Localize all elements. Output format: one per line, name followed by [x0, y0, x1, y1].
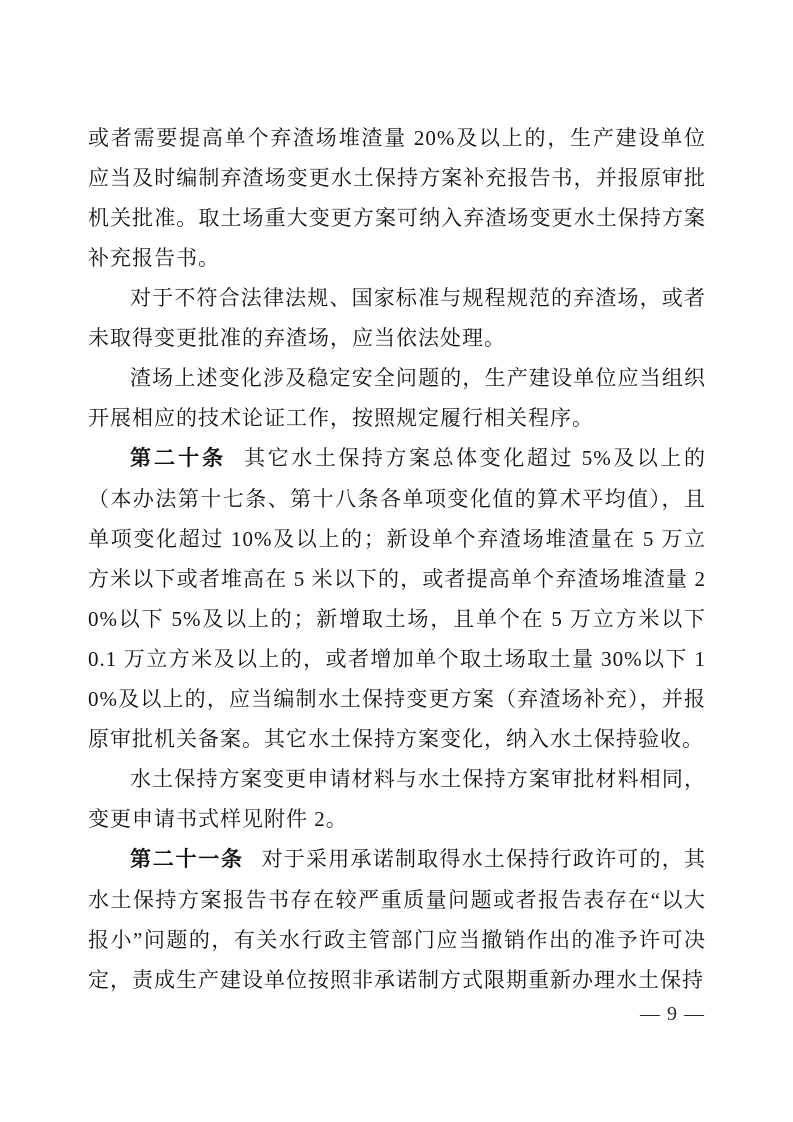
paragraph-text: 对于不符合法律法规、国家标准与规程规范的弃渣场，或者未取得变更批准的弃渣场，应当…	[88, 286, 706, 350]
paragraph: 渣场上述变化涉及稳定安全问题的，生产建设单位应当组织开展相应的技术论证工作，按照…	[88, 358, 706, 438]
paragraph-article-21: 第二十一条对于采用承诺制取得水土保持行政许可的，其水土保持方案报告书存在较严重质…	[88, 839, 706, 1000]
paragraph-continuation: 或者需要提高单个弃渣场堆渣量 20%及以上的，生产建设单位应当及时编制弃渣场变更…	[88, 118, 706, 278]
document-body: 或者需要提高单个弃渣场堆渣量 20%及以上的，生产建设单位应当及时编制弃渣场变更…	[88, 118, 706, 1000]
article-20-heading: 第二十条	[130, 447, 226, 470]
document-page: 或者需要提高单个弃渣场堆渣量 20%及以上的，生产建设单位应当及时编制弃渣场变更…	[0, 0, 793, 1122]
article-21-heading: 第二十一条	[130, 848, 244, 871]
paragraph-text: 渣场上述变化涉及稳定安全问题的，生产建设单位应当组织开展相应的技术论证工作，按照…	[88, 366, 706, 430]
paragraph: 水土保持方案变更申请材料与水土保持方案审批材料相同，变更申请书式样见附件 2。	[88, 759, 706, 839]
paragraph-text: 其它水土保持方案总体变化超过 5%及以上的（本办法第十七条、第十八条各单项变化值…	[88, 446, 706, 751]
paragraph-text: 水土保持方案变更申请材料与水土保持方案审批材料相同，变更申请书式样见附件 2。	[88, 767, 706, 831]
paragraph-text: 或者需要提高单个弃渣场堆渣量 20%及以上的，生产建设单位应当及时编制弃渣场变更…	[88, 126, 706, 270]
page-number: — 9 —	[640, 998, 705, 1030]
paragraph-article-20: 第二十条其它水土保持方案总体变化超过 5%及以上的（本办法第十七条、第十八条各单…	[88, 438, 706, 759]
paragraph: 对于不符合法律法规、国家标准与规程规范的弃渣场，或者未取得变更批准的弃渣场，应当…	[88, 278, 706, 358]
